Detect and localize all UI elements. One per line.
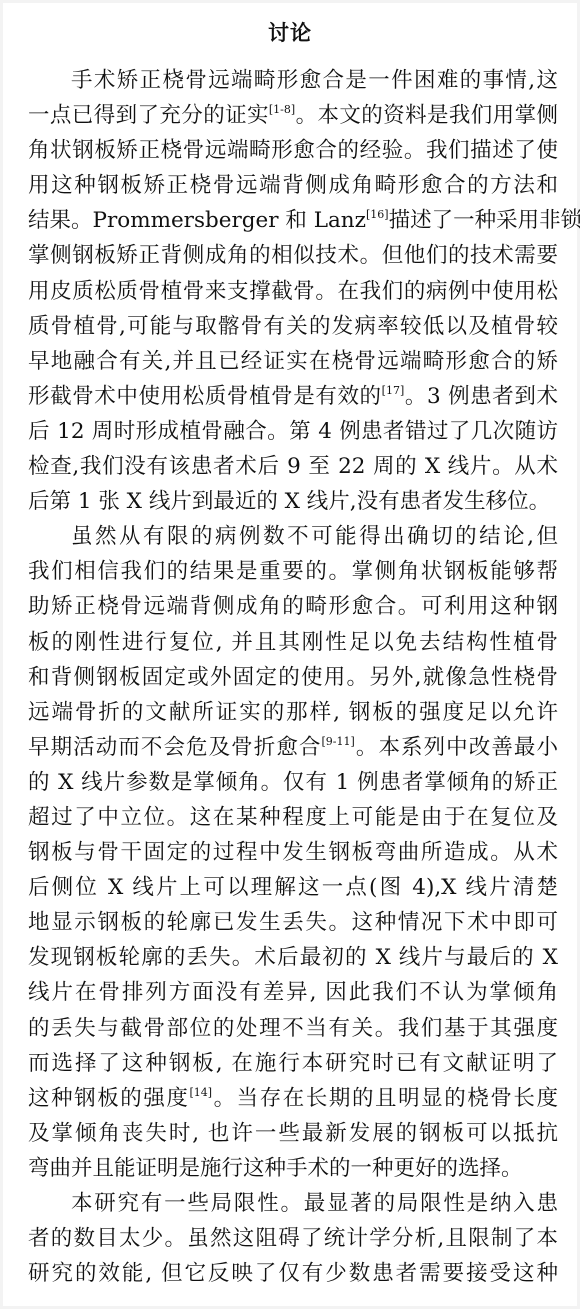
text-line: 本研究有一些局限性。最显著的局限性是纳入患 bbox=[28, 1186, 558, 1221]
text-line: 而选择了这种钢板, 在施行本研究时已有文献证明了 bbox=[28, 1046, 558, 1081]
text-line: 地显示钢板的轮廓已发生丢失。这种情况下术中即可 bbox=[28, 905, 558, 940]
citation-marker: [14] bbox=[189, 1086, 212, 1099]
text-line: 及掌倾角丧失时, 也许一些最新发展的钢板可以抵抗 bbox=[28, 1116, 558, 1151]
text-line: 虽然从有限的病例数不可能得出确切的结论,但 bbox=[28, 519, 558, 554]
text-line: 这种钢板的强度[14]。当存在长期的且明显的桡骨长度 bbox=[28, 1081, 558, 1116]
text-line: 一点已得到了充分的证实[1-8]。本文的资料是我们用掌侧 bbox=[28, 98, 558, 133]
document-page: 讨论 手术矫正桡骨远端畸形愈合是一件困难的事情,这 一点已得到了充分的证实[1-… bbox=[3, 3, 577, 1306]
text-line: 线片在骨排列方面没有差异, 因此我们不认为掌倾角 bbox=[28, 975, 558, 1010]
text-line: 手术矫正桡骨远端畸形愈合是一件困难的事情,这 bbox=[28, 63, 558, 98]
text-line: 我们相信我们的结果是重要的。掌侧角状钢板能够帮 bbox=[28, 554, 558, 589]
citation-marker: [16] bbox=[366, 208, 389, 221]
text-line: 后第 1 张 X 线片到最近的 X 线片,没有患者发生移位。 bbox=[28, 484, 558, 519]
text-line: 后 12 周时形成植骨融合。第 4 例患者错过了几次随访 bbox=[28, 414, 558, 449]
text-line: 板的刚性进行复位, 并且其刚性足以免去结构性植骨 bbox=[28, 625, 558, 660]
text-line: 发现钢板轮廓的丢失。术后最初的 X 线片与最后的 X bbox=[28, 940, 558, 975]
section-title: 讨论 bbox=[3, 17, 577, 47]
citation-marker: [1-8] bbox=[269, 103, 295, 116]
text-line: 早期活动而不会危及骨折愈合[9-11]。本系列中改善最小 bbox=[28, 730, 558, 765]
text-line: 的 X 线片参数是掌倾角。仅有 1 例患者掌倾角的矫正 bbox=[28, 765, 558, 800]
text-line: 研究的效能, 但它反映了仅有少数患者需要接受这种 bbox=[28, 1256, 558, 1291]
text-line: 超过了中立位。这在某种程度上可能是由于在复位及 bbox=[28, 800, 558, 835]
text-line: 形截骨术中使用松质骨植骨是有效的[17]。3 例患者到术 bbox=[28, 379, 558, 414]
text-line: 用这种钢板矫正桡骨远端背侧成角畸形愈合的方法和 bbox=[28, 168, 558, 203]
text-line: 检查,我们没有该患者术后 9 至 22 周的 X 线片。从术 bbox=[28, 449, 558, 484]
text-line: 钢板与骨干固定的过程中发生钢板弯曲所造成。从术 bbox=[28, 835, 558, 870]
text-line: 后侧位 X 线片上可以理解这一点(图 4),X 线片清楚 bbox=[28, 870, 558, 905]
text-line: 远端骨折的文献所证实的那样, 钢板的强度足以允许 bbox=[28, 695, 558, 730]
document-body: 手术矫正桡骨远端畸形愈合是一件困难的事情,这 一点已得到了充分的证实[1-8]。… bbox=[28, 63, 558, 1291]
text-line: 用皮质松质骨植骨来支撑截骨。在我们的病例中使用松 bbox=[28, 274, 558, 309]
text-line: 质骨植骨,可能与取髂骨有关的发病率较低以及植骨较 bbox=[28, 309, 558, 344]
text-line: 的丢失与截骨部位的处理不当有关。我们基于其强度 bbox=[28, 1011, 558, 1046]
citation-marker: [9-11] bbox=[322, 735, 355, 748]
text-line: 弯曲并且能证明是施行这种手术的一种更好的选择。 bbox=[28, 1151, 558, 1186]
text-line: 角状钢板矫正桡骨远端畸形愈合的经验。我们描述了使 bbox=[28, 133, 558, 168]
citation-marker: [17] bbox=[382, 384, 405, 397]
text-line: 和背侧钢板固定或外固定的使用。另外,就像急性桡骨 bbox=[28, 660, 558, 695]
text-line: 掌侧钢板矫正背侧成角的相似技术。但他们的技术需要 bbox=[28, 238, 558, 273]
text-line: 结果。Prommersberger 和 Lanz[16]描述了一种采用非锁定 bbox=[28, 203, 558, 238]
text-line: 助矫正桡骨远端背侧成角的畸形愈合。可利用这种钢 bbox=[28, 589, 558, 624]
text-line: 者的数目太少。虽然这阻碍了统计学分析,且限制了本 bbox=[28, 1221, 558, 1256]
text-line: 早地融合有关,并且已经证实在桡骨远端畸形愈合的矫 bbox=[28, 344, 558, 379]
